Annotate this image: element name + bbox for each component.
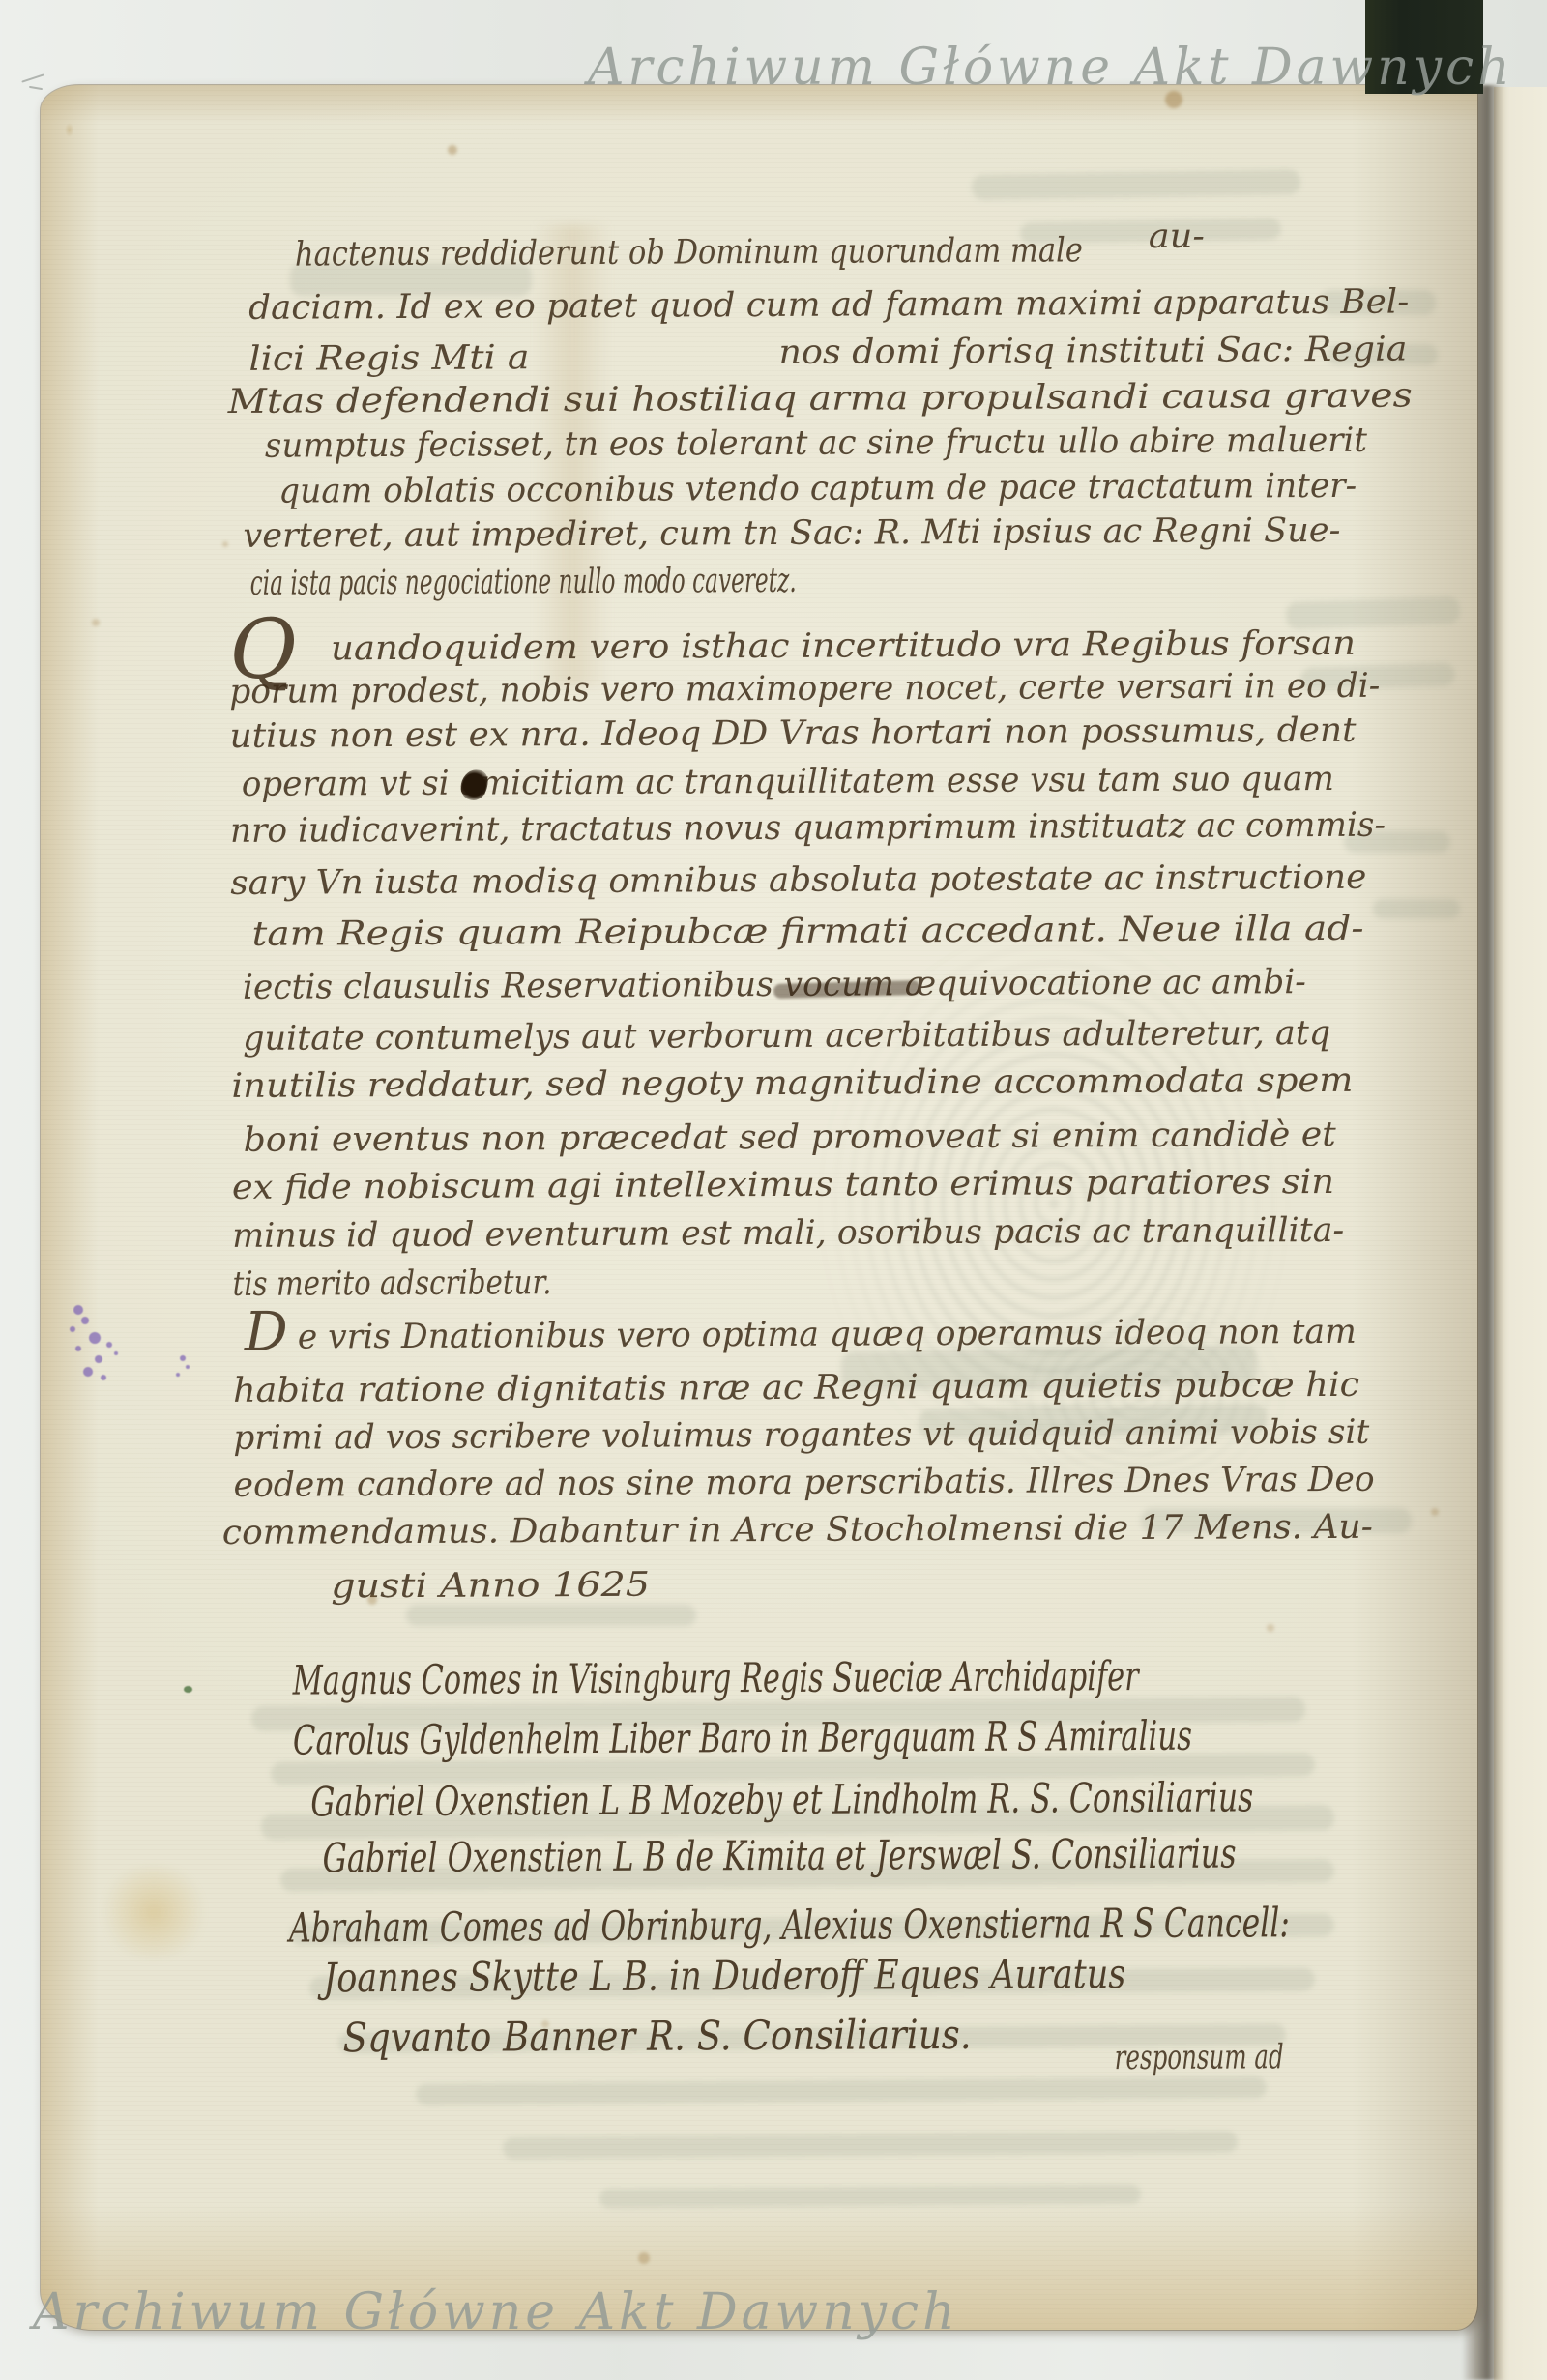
signature-line: Sqvanto Banner R. S. Consiliarius. [342, 2011, 971, 2061]
manuscript-line: inutilis reddatur, sed negoty magnitudin… [231, 1061, 1353, 1106]
manuscript-line: sumptus fecisset, tn eos tolerant ac sin… [265, 421, 1368, 466]
initial-capital: D [244, 1301, 288, 1364]
manuscript-line: boni eventus non præcedat sed promoveat … [244, 1116, 1337, 1160]
handwriting-ink-layer: hactenus reddiderunt ob Dominum quorunda… [0, 0, 1547, 2380]
manuscript-line: hactenus reddiderunt ob Dominum quorunda… [295, 231, 1083, 274]
manuscript-line: uandoquidem vero isthac incertitudo vra … [331, 624, 1356, 669]
catchword: au- [1149, 218, 1205, 256]
document-scan: hactenus reddiderunt ob Dominum quorunda… [0, 0, 1547, 2380]
manuscript-line: commendamus. Dabantur in Arce Stocholmen… [222, 1508, 1373, 1553]
foxing-spot [448, 145, 457, 155]
manuscript-line: tis merito adscribetur. [232, 1263, 551, 1304]
foxing-spot [92, 619, 100, 626]
signature-line: Gabriel Oxenstien L B de Kimita et Jersw… [322, 1830, 1236, 1882]
purple-ink-speck [73, 1305, 83, 1315]
manuscript-line: habita ratione dignitatis nræ ac Regni q… [233, 1366, 1359, 1410]
manuscript-line: ex fide nobiscum agi intelleximus tanto … [232, 1163, 1334, 1207]
manuscript-line: primi ad vos scribere voluimus rogantes … [233, 1413, 1370, 1458]
purple-ink-speck [101, 1375, 106, 1380]
manuscript-line: Mtas defendendi sui hostiliaq arma propu… [226, 377, 1412, 421]
archive-watermark-bottom: Archiwum Główne Akt Dawnych [33, 2283, 959, 2341]
purple-ink-speck [114, 1351, 118, 1355]
closing-note: responsum ad [1115, 2038, 1284, 2077]
signature-line: Carolus Gyldenhelm Liber Baro in Bergqua… [293, 1712, 1192, 1764]
signature-line: Abraham Comes ad Obrinburg, Alexius Oxen… [286, 1899, 1290, 1951]
manuscript-line: sary Vn iusta modisq omnibus absoluta po… [230, 858, 1366, 903]
manuscript-line: verteret, aut impediret, cum tn Sac: R. … [243, 511, 1340, 556]
signature-line: Magnus Comes in Visingburg Regis Sueciæ … [292, 1652, 1141, 1704]
foxing-spot [1431, 1508, 1439, 1516]
manuscript-line: gusti Anno 1625 [331, 1566, 650, 1607]
foxing-spot [638, 2252, 650, 2264]
manuscript-line: iectis clausulis Reservationibus vocum æ… [243, 963, 1306, 1007]
manuscript-line: quam oblatis occonibus vtendo captum de … [278, 467, 1357, 511]
purple-ink-speck [83, 1367, 93, 1377]
manuscript-line: guitate contumelys aut verborum acerbita… [243, 1014, 1330, 1059]
purple-ink-speck [81, 1317, 89, 1324]
manuscript-line: e vris Dnationibus vero optima quæq oper… [298, 1313, 1357, 1357]
purple-ink-speck [95, 1355, 102, 1363]
purple-ink-speck [89, 1332, 101, 1344]
purple-ink-speck [176, 1373, 180, 1377]
manuscript-line: nos domi forisq instituti Sac: Regia [778, 331, 1407, 372]
purple-ink-speck [75, 1346, 81, 1351]
signature-line: Gabriel Oxenstien L B Mozeby et Lindholm… [310, 1773, 1253, 1825]
foxing-spot [222, 541, 228, 547]
manuscript-line: utius non est ex nra. Ideoq DD Vras hort… [229, 711, 1357, 756]
signature-line: Joannes Skytte L B. in Duderoff Eques Au… [316, 1950, 1125, 2001]
manuscript-line: eodem candore ad nos sine mora perscriba… [233, 1461, 1374, 1505]
manuscript-line: cia ista pacis negociatione nullo modo c… [250, 562, 797, 603]
manuscript-line: minus id quod eventurum est mali, osorib… [232, 1211, 1344, 1256]
foxing-spot [367, 1595, 377, 1605]
purple-ink-speck [106, 1342, 112, 1348]
manuscript-line: nro iudicaverint, tractatus novus quampr… [230, 806, 1386, 851]
manuscript-line: daciam. Id ex eo patet quod cum ad famam… [248, 283, 1409, 328]
purple-ink-speck [180, 1355, 186, 1361]
manuscript-line: lici Regis Mti a [248, 338, 529, 379]
foxing-spot [1267, 1624, 1274, 1632]
green-speck [184, 1686, 192, 1693]
archive-watermark-top: Archiwum Główne Akt Dawnych [588, 39, 1514, 97]
purple-ink-speck [186, 1365, 190, 1369]
foxing-spot [541, 2020, 549, 2028]
manuscript-line: tam Regis quam Reipubcæ firmati accedant… [252, 910, 1364, 954]
manuscript-line: operam vt si amicitiam ac tranquillitate… [242, 760, 1334, 804]
manuscript-line: porum prodest, nobis vero maximopere noc… [229, 667, 1380, 711]
purple-ink-speck [70, 1326, 75, 1332]
